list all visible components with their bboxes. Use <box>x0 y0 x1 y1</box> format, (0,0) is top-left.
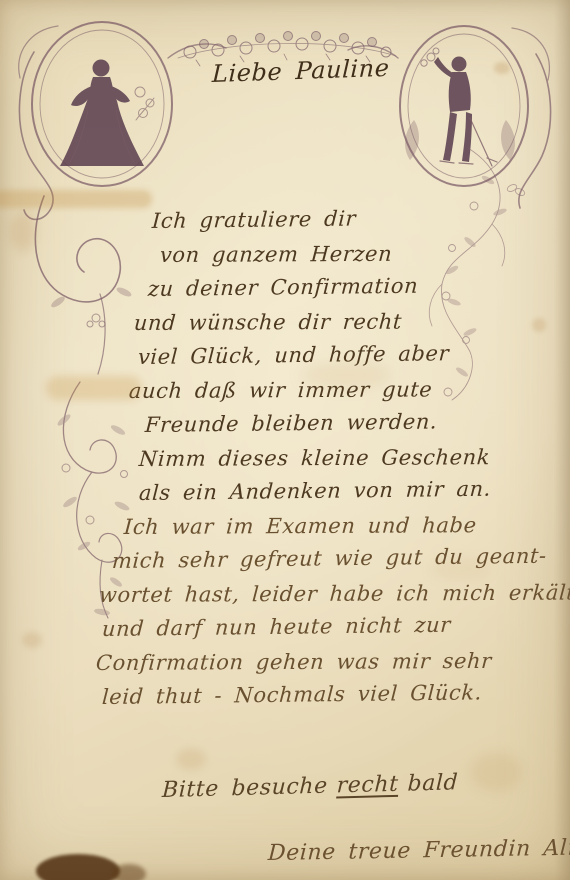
lady-medallion-illustration <box>19 22 226 219</box>
closing-post: bald <box>407 770 459 796</box>
letter-page: Liebe Pauline Ich gratuliere dir von gan… <box>0 0 570 880</box>
bouquet-sprig <box>135 87 154 120</box>
lady-figure <box>60 60 144 167</box>
closing-underlined-word: recht <box>336 772 399 799</box>
butterfly-motif <box>506 183 526 197</box>
cavalier-figure <box>434 57 472 163</box>
letter-line: leid thut - Nochmals viel Glück. <box>101 674 570 714</box>
letter-line: und darf nun heute nicht zur <box>101 606 570 646</box>
letter-line: als ein Andenken von mir an. <box>138 470 570 510</box>
letter-line: auch daß wir immer gute <box>128 372 570 408</box>
signature-line: Deine treue Freundin Alma <box>267 835 570 866</box>
letter-body: Ich gratuliere dir von ganzem Herzen zu … <box>96 204 570 714</box>
letter-line: zu deiner Confirmation <box>147 266 570 306</box>
letter-line: mich sehr gefreut wie gut du geant- <box>111 538 570 578</box>
letter-line: viel Glück, und hoffe aber <box>137 334 570 374</box>
closing-pre: Bitte besuche <box>161 774 328 803</box>
scan-edge-shadow <box>554 0 570 880</box>
letter-line: von ganzem Herzen <box>159 236 570 272</box>
letter-line: Freunde bleiben werden. <box>144 402 570 442</box>
letter-line: Ich gratuliere dir <box>151 199 570 238</box>
